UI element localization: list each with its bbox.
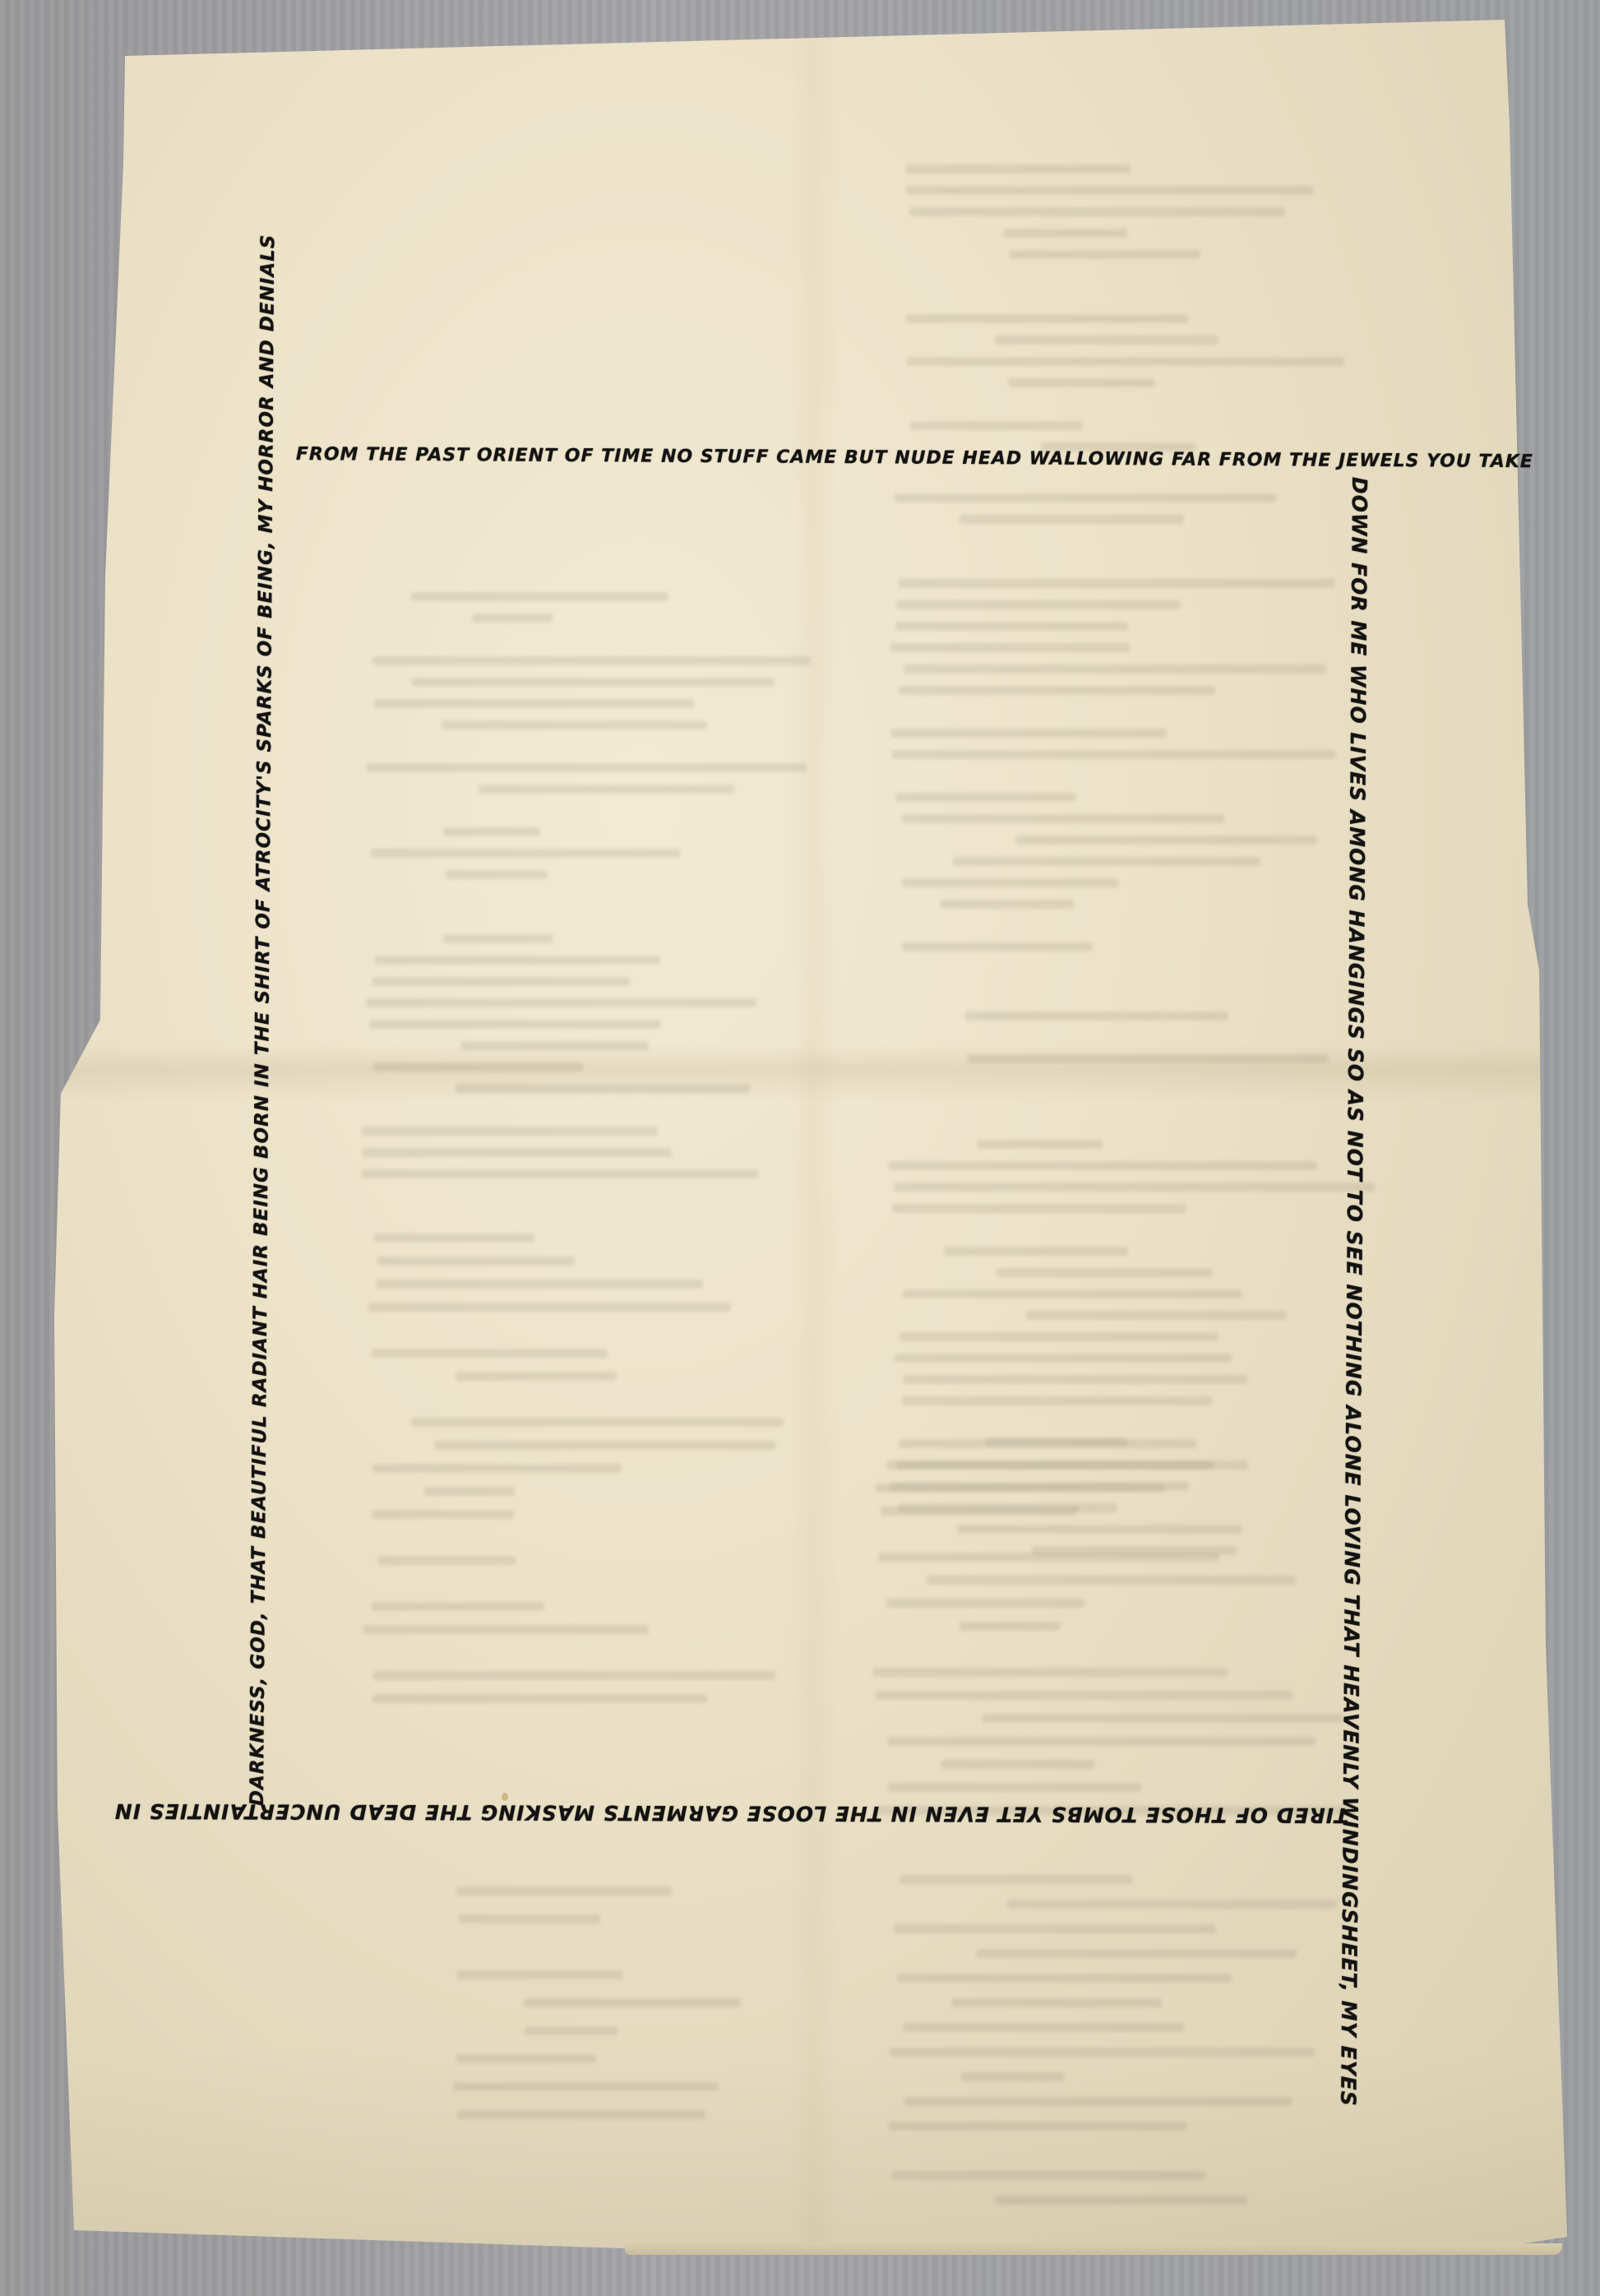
document-sheet: FROM THE PAST ORIENT OF TIME NO STUFF CA… xyxy=(0,0,1600,2296)
handwritten-border-bottom: TIRED OF THOSE TOMBS YET EVEN IN THE LOO… xyxy=(114,1799,1348,1827)
stacked-page-edges xyxy=(625,2243,1562,2255)
paper-stain xyxy=(502,1793,508,1801)
